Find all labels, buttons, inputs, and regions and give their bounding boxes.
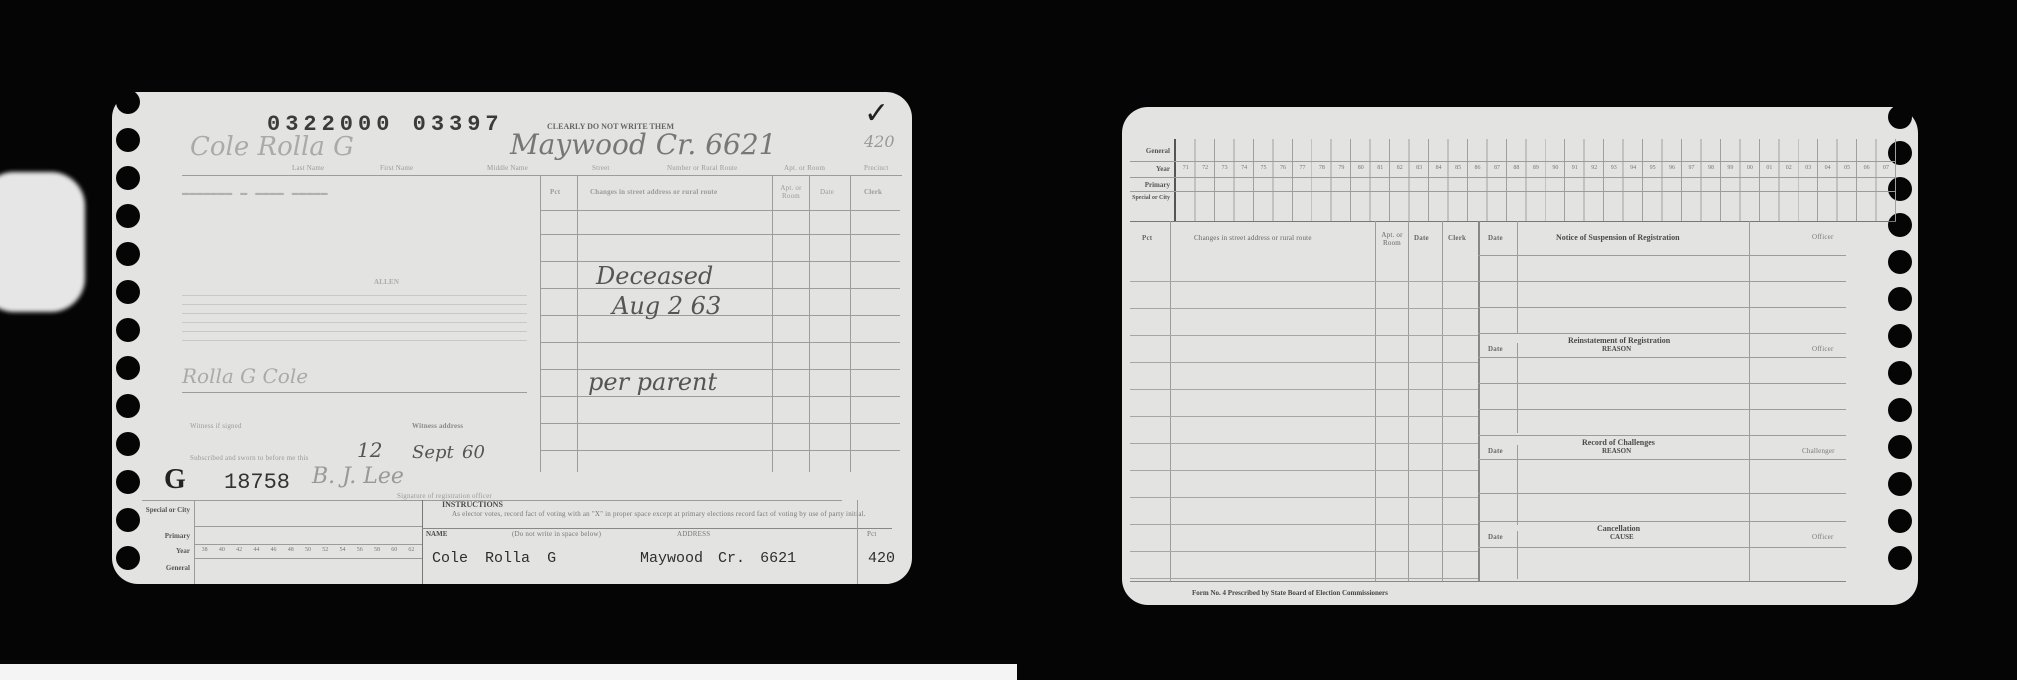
film-strip-edge — [0, 664, 1017, 680]
divider — [577, 176, 578, 472]
divider — [1478, 333, 1846, 334]
divider — [540, 288, 900, 289]
divider — [1130, 161, 1896, 162]
punch-hole — [116, 242, 140, 266]
subscribed-year: 60 — [462, 442, 485, 463]
divider — [1130, 191, 1896, 192]
divider — [1478, 221, 1480, 581]
punch-hole — [116, 394, 140, 418]
registration-prefix: G — [164, 464, 186, 496]
registration-number: 18758 — [224, 470, 290, 495]
divider — [1478, 357, 1846, 358]
col-pct: Pct — [550, 188, 560, 196]
year-cell: 78 — [1312, 165, 1331, 171]
year-cell: 01 — [1760, 165, 1779, 171]
punch-hole — [116, 356, 140, 380]
subscribed-day: 12 — [357, 438, 382, 462]
year-cell: 54 — [334, 547, 351, 553]
punch-hole — [116, 432, 140, 456]
year-cell: 48 — [282, 547, 299, 553]
form-footer: Form No. 4 Prescribed by State Board of … — [1192, 589, 1388, 597]
punch-hole — [1888, 435, 1912, 459]
registration-card-back: General Year Primary Special or City 71 … — [1122, 107, 1918, 605]
divider — [422, 528, 892, 529]
divider — [1478, 493, 1846, 494]
divider — [1749, 221, 1750, 581]
label-first-name: First Name — [380, 164, 413, 172]
grid-row-year: Year — [1130, 165, 1170, 173]
year-cell: 38 — [196, 547, 213, 553]
col-date: Date — [820, 188, 834, 196]
label-number: Number or Rural Route — [667, 164, 738, 172]
year-cell: 60 — [386, 547, 403, 553]
divider — [1130, 581, 1846, 582]
footer-values: Cole Rolla G — [432, 550, 556, 567]
divider — [1517, 221, 1518, 333]
col-clerk: Clerk — [1448, 234, 1466, 242]
divider — [422, 500, 423, 584]
col-clerk: Clerk — [864, 188, 882, 196]
reinstatement-col-date: Date — [1488, 345, 1503, 353]
year-row: 38 40 42 44 46 48 50 52 54 56 58 60 62 — [196, 547, 420, 553]
year-cell: 77 — [1293, 165, 1312, 171]
year-cell: 85 — [1448, 165, 1467, 171]
year-cell: 42 — [230, 547, 247, 553]
footer-label-name: NAME — [426, 530, 447, 538]
punch-hole — [1888, 361, 1912, 385]
year-cell: 58 — [368, 547, 385, 553]
punch-hole — [116, 470, 140, 494]
subscribed-month: Sept — [412, 442, 454, 463]
punch-hole — [1888, 287, 1912, 311]
year-cell: 73 — [1215, 165, 1234, 171]
divider — [182, 392, 527, 393]
divider — [1517, 531, 1518, 579]
col-changes: Changes in street address or rural route — [1194, 234, 1312, 242]
punch-hole — [116, 166, 140, 190]
year-cell: 56 — [351, 547, 368, 553]
grid-row-special: Special or City — [1130, 195, 1170, 201]
footer-number: 6621 — [760, 550, 796, 567]
year-cell: 91 — [1565, 165, 1584, 171]
year-cell: 93 — [1604, 165, 1623, 171]
col-date: Date — [1414, 234, 1429, 242]
adjacent-card-edge — [0, 172, 85, 312]
divider — [1478, 521, 1846, 522]
grid-row-primary: Primary — [142, 532, 190, 540]
year-cell: 86 — [1468, 165, 1487, 171]
challenges-col-reason: REASON — [1602, 447, 1631, 455]
divider — [182, 175, 902, 176]
punch-hole — [1888, 472, 1912, 496]
cancellation-col-date: Date — [1488, 533, 1503, 541]
year-cell: 88 — [1507, 165, 1526, 171]
divider — [1478, 281, 1846, 282]
col-apt: Apt. or Room — [775, 184, 807, 200]
label-last-name: Last Name — [292, 164, 324, 172]
divider — [1478, 459, 1846, 460]
year-cell: 74 — [1234, 165, 1253, 171]
challenges-col-date: Date — [1488, 447, 1503, 455]
name-handwritten: Cole Rolla G — [190, 132, 354, 162]
punch-hole — [116, 280, 140, 304]
divider — [540, 342, 900, 343]
year-cell: 97 — [1682, 165, 1701, 171]
label-precinct: Precinct — [864, 164, 889, 172]
year-cell: 84 — [1429, 165, 1448, 171]
footer-middle: G — [547, 550, 556, 567]
divider — [194, 544, 422, 545]
punch-hole — [116, 546, 140, 570]
precinct-handwritten: 420 — [864, 132, 895, 151]
registration-officer-signature: B. J. Lee — [312, 464, 404, 489]
divider — [1130, 221, 1896, 222]
divider — [1517, 445, 1518, 525]
grid-row-special: Special or City — [142, 506, 190, 514]
note-date: Aug 2 63 — [612, 292, 721, 320]
signature-label: Signature of registration officer — [397, 492, 492, 500]
divider — [809, 176, 810, 472]
footer-street-type: Cr. — [718, 550, 745, 567]
reinstatement-col-reason: REASON — [1602, 345, 1631, 353]
challenges-col-challenger: Challenger — [1802, 447, 1835, 455]
divider — [540, 450, 900, 451]
year-cell: 79 — [1332, 165, 1351, 171]
divider — [540, 176, 541, 472]
punch-hole — [116, 318, 140, 342]
cancellation-col-officer: Officer — [1812, 533, 1833, 541]
reinstatement-col-officer: Officer — [1812, 345, 1833, 353]
reinstatement-title: Reinstatement of Registration — [1568, 336, 1670, 345]
note-deceased: Deceased — [596, 262, 713, 290]
divider — [1478, 383, 1846, 384]
grid-row-general: General — [1130, 147, 1170, 155]
year-cell: 02 — [1779, 165, 1798, 171]
affidavit-label: ALLEN — [374, 278, 399, 286]
divider — [1478, 547, 1846, 548]
year-cell: 50 — [299, 547, 316, 553]
year-cell: 95 — [1643, 165, 1662, 171]
year-cell: 62 — [403, 547, 420, 553]
divider — [850, 176, 851, 472]
year-cell: 83 — [1409, 165, 1428, 171]
year-cell: 81 — [1371, 165, 1390, 171]
year-cell: 80 — [1351, 165, 1370, 171]
suspension-col-officer: Officer — [1812, 233, 1833, 241]
year-cell: 75 — [1254, 165, 1273, 171]
footer-precinct: 420 — [868, 550, 895, 567]
year-cell: 92 — [1585, 165, 1604, 171]
year-cell: 05 — [1837, 165, 1856, 171]
cancellation-title: Cancellation — [1597, 524, 1640, 533]
instructions-text: As elector votes, record fact of voting … — [452, 510, 882, 518]
year-cell: 52 — [317, 547, 334, 553]
divider — [540, 210, 900, 211]
changes-table-rows — [1130, 255, 1478, 581]
footer-first: Rolla — [485, 550, 530, 567]
divider — [194, 500, 195, 584]
punch-hole — [1888, 546, 1912, 570]
divider — [1478, 307, 1846, 308]
grid-row-primary: Primary — [1130, 181, 1170, 189]
year-cell: 40 — [213, 547, 230, 553]
voting-grid-columns — [1176, 139, 1896, 221]
divider — [772, 176, 773, 472]
affidavit-text — [182, 290, 527, 348]
year-cell: 00 — [1740, 165, 1759, 171]
punch-hole — [116, 204, 140, 228]
year-cell: 99 — [1721, 165, 1740, 171]
divider — [194, 558, 422, 559]
registration-card-front: 0322000 03397 CLEARLY DO NOT WRITE THEM … — [112, 92, 912, 584]
cancellation-col-cause: CAUSE — [1610, 533, 1634, 541]
year-cell: 98 — [1701, 165, 1720, 171]
year-cell: 71 — [1176, 165, 1195, 171]
witness-address-label: Witness address — [412, 422, 463, 430]
year-cell: 87 — [1487, 165, 1506, 171]
punch-hole — [1888, 250, 1912, 274]
divider — [1130, 177, 1896, 178]
divider — [1478, 435, 1846, 436]
year-cell: 90 — [1546, 165, 1565, 171]
punch-hole — [1888, 324, 1912, 348]
punch-hole — [1888, 398, 1912, 422]
label-street: Street — [592, 164, 610, 172]
year-cell: 72 — [1195, 165, 1214, 171]
year-cell: 44 — [248, 547, 265, 553]
year-cell: 76 — [1273, 165, 1292, 171]
footer-address: Maywood Cr. 6621 — [640, 550, 796, 567]
divider — [857, 500, 858, 584]
suspension-title: Notice of Suspension of Registration — [1556, 233, 1680, 242]
year-cell: 46 — [265, 547, 282, 553]
footer-label-pct: Pct — [867, 530, 877, 538]
col-changes: Changes in street address or rural route — [590, 188, 717, 196]
year-cell: 96 — [1662, 165, 1681, 171]
divider — [1478, 409, 1846, 410]
year-cell: 03 — [1799, 165, 1818, 171]
label-middle-name: Middle Name — [487, 164, 528, 172]
check-mark-icon: ✓ — [864, 96, 889, 131]
divider — [540, 261, 900, 262]
instructions-title: INSTRUCTIONS — [442, 500, 503, 509]
year-cell: 82 — [1390, 165, 1409, 171]
col-apt: Apt. or Room — [1378, 231, 1406, 247]
witness-label: Witness if signed — [190, 422, 242, 430]
year-cell: 04 — [1818, 165, 1837, 171]
subscribed-label: Subscribed and sworn to before me this — [190, 454, 308, 462]
col-pct: Pct — [1142, 234, 1152, 242]
note-per-parent: per parent — [588, 368, 717, 396]
footer-label-address: ADDRESS — [677, 530, 710, 538]
year-row: 71 72 73 74 75 76 77 78 79 80 81 82 83 8… — [1176, 165, 1896, 171]
suspension-col-date: Date — [1488, 234, 1503, 242]
year-cell: 89 — [1526, 165, 1545, 171]
divider — [1478, 255, 1846, 256]
punch-hole — [1888, 105, 1912, 129]
year-cell: 07 — [1876, 165, 1895, 171]
footer-last: Cole — [432, 550, 468, 567]
grid-row-general: General — [142, 564, 190, 572]
divider — [540, 234, 900, 235]
challenges-title: Record of Challenges — [1582, 438, 1655, 447]
footer-label-do-not-write: (Do not write in space below) — [512, 530, 601, 538]
divider — [194, 526, 422, 527]
footer-street: Maywood — [640, 550, 703, 567]
grid-row-year: Year — [142, 547, 190, 555]
punch-hole — [116, 508, 140, 532]
divider — [540, 423, 900, 424]
street-handwritten: Maywood Cr. 6621 — [510, 128, 776, 161]
signature-elector: Rolla G Cole — [182, 364, 308, 388]
year-cell: 94 — [1623, 165, 1642, 171]
label-apt: Apt. or Room — [784, 164, 825, 172]
punch-hole — [116, 90, 140, 114]
divider — [540, 396, 900, 397]
punch-hole — [1888, 509, 1912, 533]
year-cell: 06 — [1857, 165, 1876, 171]
punch-hole — [116, 128, 140, 152]
